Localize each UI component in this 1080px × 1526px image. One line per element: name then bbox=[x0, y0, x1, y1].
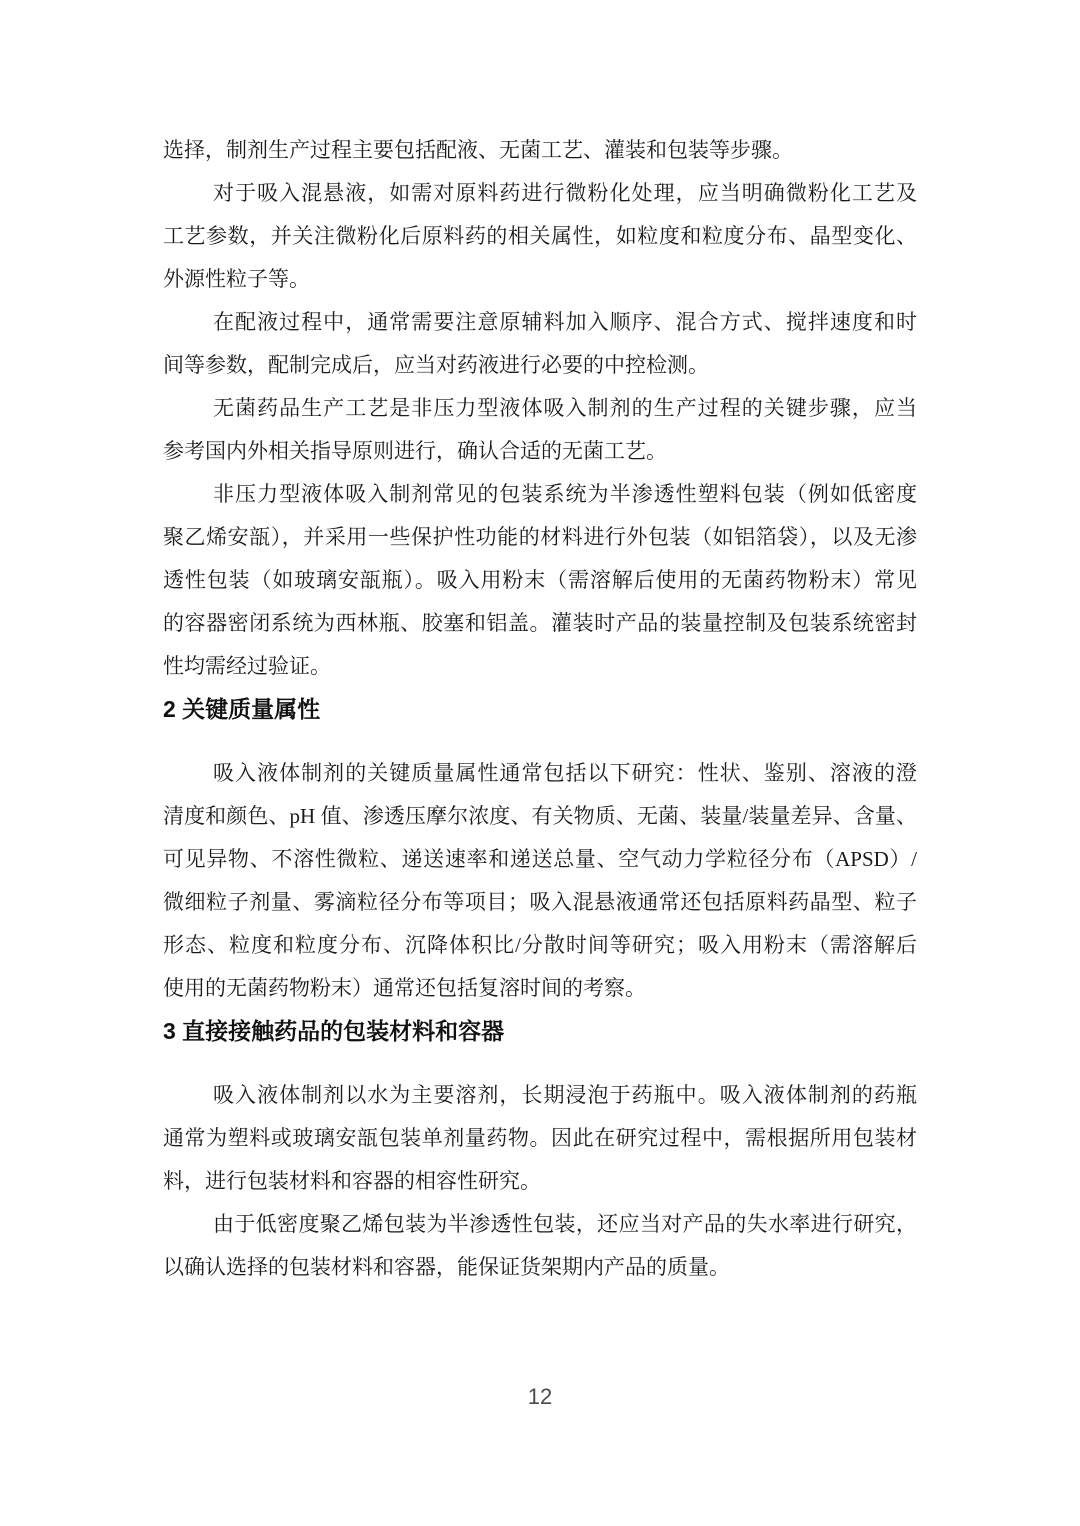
text-line: 料，进行包装材料和容器的相容性研究。 bbox=[163, 1160, 917, 1203]
text-line: 无菌药品生产工艺是非压力型液体吸入制剂的生产过程的关键步骤，应当 bbox=[163, 387, 917, 430]
text-line: 吸入液体制剂的关键质量属性通常包括以下研究：性状、鉴别、溶液的澄 bbox=[163, 752, 917, 795]
text-line: 由于低密度聚乙烯包装为半渗透性包装，还应当对产品的失水率进行研究， bbox=[163, 1203, 917, 1246]
text-line: 清度和颜色、pH 值、渗透压摩尔浓度、有关物质、无菌、装量/装量差异、含量、 bbox=[163, 795, 917, 838]
section-heading-packaging-materials: 3 直接接触药品的包装材料和容器 bbox=[163, 1010, 917, 1053]
document-page: 选择，制剂生产过程主要包括配液、无菌工艺、灌装和包装等步骤。 对于吸入混悬液，如… bbox=[0, 0, 1080, 1526]
text-line: 外源性粒子等。 bbox=[163, 258, 917, 301]
text-line: 形态、粒度和粒度分布、沉降体积比/分散时间等研究；吸入用粉末（需溶解后 bbox=[163, 924, 917, 967]
text-line: 通常为塑料或玻璃安瓿包装单剂量药物。因此在研究过程中，需根据所用包装材 bbox=[163, 1117, 917, 1160]
text-line: 性均需经过验证。 bbox=[163, 645, 917, 688]
text-line: 在配液过程中，通常需要注意原辅料加入顺序、混合方式、搅拌速度和时 bbox=[163, 301, 917, 344]
text-line: 选择，制剂生产过程主要包括配液、无菌工艺、灌装和包装等步骤。 bbox=[163, 129, 917, 172]
text-line: 可见异物、不溶性微粒、递送速率和递送总量、空气动力学粒径分布（APSD）/ bbox=[163, 838, 917, 881]
text-line: 吸入液体制剂以水为主要溶剂，长期浸泡于药瓶中。吸入液体制剂的药瓶 bbox=[163, 1074, 917, 1117]
text-line: 使用的无菌药物粉末）通常还包括复溶时间的考察。 bbox=[163, 967, 917, 1010]
text-line: 聚乙烯安瓿），并采用一些保护性功能的材料进行外包装（如铝箔袋），以及无渗 bbox=[163, 516, 917, 559]
text-line: 间等参数，配制完成后，应当对药液进行必要的中控检测。 bbox=[163, 344, 917, 387]
text-line: 对于吸入混悬液，如需对原料药进行微粉化处理，应当明确微粉化工艺及 bbox=[163, 172, 917, 215]
text-line: 透性包装（如玻璃安瓿瓶）。吸入用粉末（需溶解后使用的无菌药物粉末）常见 bbox=[163, 559, 917, 602]
text-line: 参考国内外相关指导原则进行，确认合适的无菌工艺。 bbox=[163, 430, 917, 473]
text-line: 以确认选择的包装材料和容器，能保证货架期内产品的质量。 bbox=[163, 1246, 917, 1289]
document-body: 选择，制剂生产过程主要包括配液、无菌工艺、灌装和包装等步骤。 对于吸入混悬液，如… bbox=[163, 129, 917, 1289]
page-number: 12 bbox=[0, 1384, 1080, 1410]
text-line: 工艺参数，并关注微粉化后原料药的相关属性，如粒度和粒度分布、晶型变化、 bbox=[163, 215, 917, 258]
text-line: 非压力型液体吸入制剂常见的包装系统为半渗透性塑料包装（例如低密度 bbox=[163, 473, 917, 516]
text-line: 的容器密闭系统为西林瓶、胶塞和铝盖。灌装时产品的装量控制及包装系统密封 bbox=[163, 602, 917, 645]
text-line: 微细粒子剂量、雾滴粒径分布等项目；吸入混悬液通常还包括原料药晶型、粒子 bbox=[163, 881, 917, 924]
section-heading-critical-quality-attributes: 2 关键质量属性 bbox=[163, 688, 917, 731]
